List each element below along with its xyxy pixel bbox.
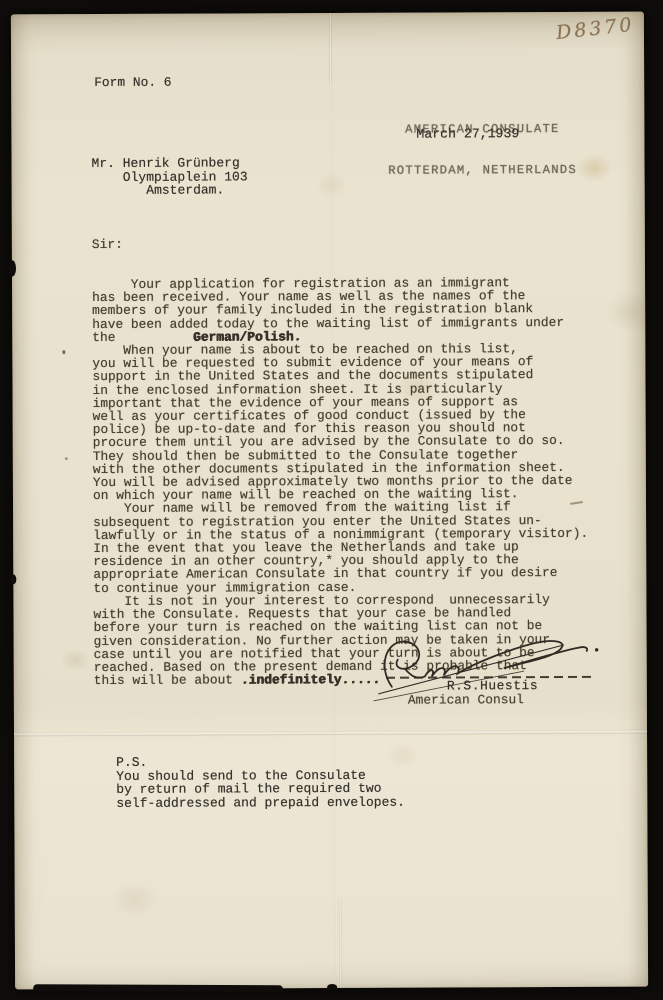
paper-edge-notch	[327, 984, 337, 990]
paper-edge-nick	[9, 260, 16, 276]
typed-line: Amsterdam.	[92, 184, 248, 198]
letter-body: Sir: Your application for registration a…	[92, 210, 589, 714]
postscript: P.S.You should send to the Consulateby r…	[116, 755, 405, 811]
signer-name: R.S.Huestis	[447, 679, 538, 693]
pencil-archive-mark: D8370	[555, 14, 636, 44]
photographed-letter-scene: { "scene": { "backdrop_color": "#0e0d0b"…	[0, 0, 663, 1000]
typed-text: this will be about	[94, 672, 241, 688]
overtyped-text: .indefinitely.....	[241, 672, 380, 688]
paper-edge-nick	[10, 574, 16, 584]
paper-edge-wear	[33, 984, 283, 992]
consulate-letterhead: AMERICAN CONSULATE ROTTERDAM, NETHERLAND…	[379, 96, 585, 205]
recipient-address: Mr. Henrik Grünberg Olympiaplein 103 Ams…	[91, 156, 247, 197]
salutation: Sir:	[92, 236, 587, 251]
horizontal-fold-crease	[14, 730, 647, 737]
ink-speck	[65, 457, 68, 460]
typed-line: self-addressed and prepaid envelopes.	[116, 795, 405, 810]
letter-paper: Form No. 6 AMERICAN CONSULATE ROTTERDAM,…	[11, 12, 648, 990]
body-paragraphs: Your application for registration as an …	[92, 276, 589, 687]
letterhead-line2: ROTTERDAM, NETHERLANDS	[380, 163, 586, 177]
signer-title: American Consul	[408, 693, 524, 707]
form-number: Form No. 6	[94, 76, 171, 90]
ink-speck	[62, 350, 65, 354]
letter-date: March 27,1939	[416, 127, 519, 141]
